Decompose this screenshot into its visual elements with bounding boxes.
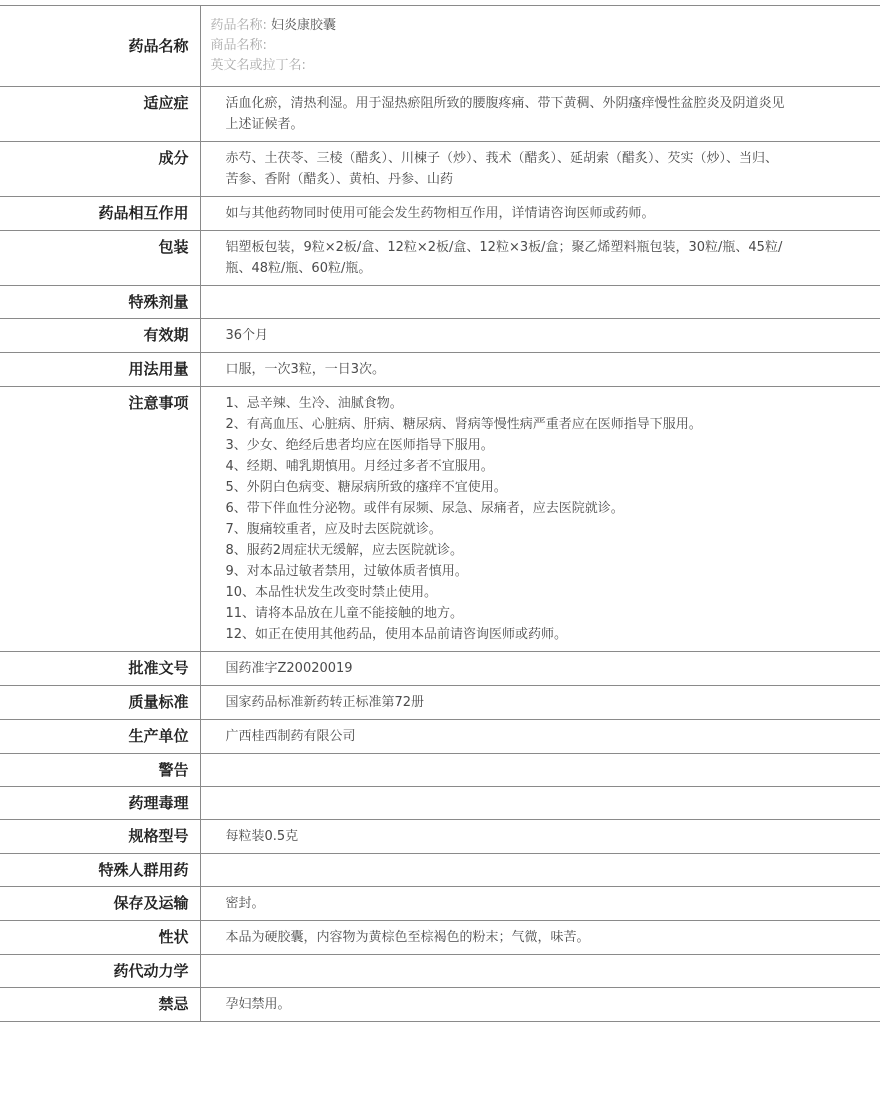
precaution-item: 8、服药2周症状无缓解，应去医院就诊。 [226, 540, 791, 561]
value-indications: 活血化瘀，清热利湿。用于湿热瘀阻所致的腰腹疼痛、带下黄稠、外阴瘙痒慢性盆腔炎及阴… [200, 87, 880, 142]
value-specification: 每粒装0.5克 [200, 820, 880, 854]
label-special-populations: 特殊人群用药 [0, 854, 200, 887]
label-special-dosage: 特殊剂量 [0, 286, 200, 319]
value-ingredients: 赤芍、土茯苓、三棱（醋炙）、川楝子（炒）、莪术（醋炙）、延胡索（醋炙）、芡实（炒… [200, 142, 880, 197]
label-pharmacology: 药理毒理 [0, 787, 200, 820]
generic-name-value: 妇炎康胶囊 [271, 18, 336, 33]
row-manufacturer: 生产单位 广西桂西制药有限公司 [0, 720, 880, 754]
value-description: 本品为硬胶囊，内容物为黄棕色至棕褐色的粉末；气微，味苦。 [200, 921, 880, 955]
label-quality-standard: 质量标准 [0, 686, 200, 720]
row-usage: 用法用量 口服，一次3粒，一日3次。 [0, 353, 880, 387]
label-approval-number: 批准文号 [0, 652, 200, 686]
value-approval-number: 国药准字Z20020019 [200, 652, 880, 686]
row-special-populations: 特殊人群用药 [0, 854, 880, 887]
row-approval-number: 批准文号 国药准字Z20020019 [0, 652, 880, 686]
row-special-dosage: 特殊剂量 [0, 286, 880, 319]
value-packaging: 铝塑板包装，9粒×2板/盒、12粒×2板/盒、12粒×3板/盒；聚乙烯塑料瓶包装… [200, 231, 880, 286]
label-ingredients: 成分 [0, 142, 200, 197]
value-pharmacology [200, 787, 880, 820]
precaution-item: 10、本品性状发生改变时禁止使用。 [226, 582, 791, 603]
label-indications: 适应症 [0, 87, 200, 142]
row-specification: 规格型号 每粒装0.5克 [0, 820, 880, 854]
row-drug-name: 药品名称 药品名称: 妇炎康胶囊 商品名称: 英文名或拉丁名: [0, 6, 880, 87]
label-usage: 用法用量 [0, 353, 200, 387]
row-packaging: 包装 铝塑板包装，9粒×2板/盒、12粒×2板/盒、12粒×3板/盒；聚乙烯塑料… [0, 231, 880, 286]
label-storage: 保存及运输 [0, 887, 200, 921]
precaution-item: 3、少女、绝经后患者均应在医师指导下服用。 [226, 435, 791, 456]
label-pharmacokinetics: 药代动力学 [0, 955, 200, 988]
row-pharmacokinetics: 药代动力学 [0, 955, 880, 988]
value-precautions: 1、忌辛辣、生冷、油腻食物。 2、有高血压、心脏病、肝病、糖尿病、肾病等慢性病严… [200, 387, 880, 652]
english-name-line: 英文名或拉丁名: [211, 56, 791, 76]
row-description: 性状 本品为硬胶囊，内容物为黄棕色至棕褐色的粉末；气微，味苦。 [0, 921, 880, 955]
precaution-item: 6、带下伴血性分泌物。或伴有尿频、尿急、尿痛者，应去医院就诊。 [226, 498, 791, 519]
english-name-label: 英文名或拉丁名: [211, 58, 306, 73]
value-quality-standard: 国家药品标准新药转正标准第72册 [200, 686, 880, 720]
label-packaging: 包装 [0, 231, 200, 286]
value-warning [200, 754, 880, 787]
value-contraindications: 孕妇禁用。 [200, 988, 880, 1022]
row-ingredients: 成分 赤芍、土茯苓、三棱（醋炙）、川楝子（炒）、莪术（醋炙）、延胡索（醋炙）、芡… [0, 142, 880, 197]
generic-name-label: 药品名称: [211, 18, 267, 33]
label-contraindications: 禁忌 [0, 988, 200, 1022]
value-special-dosage [200, 286, 880, 319]
precaution-item: 5、外阴白色病变、糖尿病所致的瘙痒不宜使用。 [226, 477, 791, 498]
precaution-item: 11、请将本品放在儿童不能接触的地方。 [226, 603, 791, 624]
row-warning: 警告 [0, 754, 880, 787]
row-interactions: 药品相互作用 如与其他药物同时使用可能会发生药物相互作用，详情请咨询医师或药师。 [0, 197, 880, 231]
trade-name-label: 商品名称: [211, 38, 267, 53]
precaution-item: 4、经期、哺乳期慎用。月经过多者不宜服用。 [226, 456, 791, 477]
value-shelf-life: 36个月 [200, 319, 880, 353]
precaution-item: 1、忌辛辣、生冷、油腻食物。 [226, 393, 791, 414]
row-storage: 保存及运输 密封。 [0, 887, 880, 921]
row-indications: 适应症 活血化瘀，清热利湿。用于湿热瘀阻所致的腰腹疼痛、带下黄稠、外阴瘙痒慢性盆… [0, 87, 880, 142]
label-description: 性状 [0, 921, 200, 955]
row-shelf-life: 有效期 36个月 [0, 319, 880, 353]
drug-info-table: 药品名称 药品名称: 妇炎康胶囊 商品名称: 英文名或拉丁名: 适应症 活血化瘀… [0, 5, 880, 1022]
row-contraindications: 禁忌 孕妇禁用。 [0, 988, 880, 1022]
label-precautions: 注意事项 [0, 387, 200, 652]
label-specification: 规格型号 [0, 820, 200, 854]
label-drug-name: 药品名称 [0, 6, 200, 87]
precaution-item: 7、腹痛较重者，应及时去医院就诊。 [226, 519, 791, 540]
value-usage: 口服，一次3粒，一日3次。 [200, 353, 880, 387]
label-warning: 警告 [0, 754, 200, 787]
value-drug-names: 药品名称: 妇炎康胶囊 商品名称: 英文名或拉丁名: [200, 6, 880, 87]
precaution-item: 12、如正在使用其他药品，使用本品前请咨询医师或药师。 [226, 624, 791, 645]
row-quality-standard: 质量标准 国家药品标准新药转正标准第72册 [0, 686, 880, 720]
value-pharmacokinetics [200, 955, 880, 988]
generic-name-line: 药品名称: 妇炎康胶囊 [211, 16, 791, 36]
precaution-item: 2、有高血压、心脏病、肝病、糖尿病、肾病等慢性病严重者应在医师指导下服用。 [226, 414, 791, 435]
precaution-item: 9、对本品过敏者禁用，过敏体质者慎用。 [226, 561, 791, 582]
row-pharmacology: 药理毒理 [0, 787, 880, 820]
value-storage: 密封。 [200, 887, 880, 921]
value-manufacturer: 广西桂西制药有限公司 [200, 720, 880, 754]
value-interactions: 如与其他药物同时使用可能会发生药物相互作用，详情请咨询医师或药师。 [200, 197, 880, 231]
row-precautions: 注意事项 1、忌辛辣、生冷、油腻食物。 2、有高血压、心脏病、肝病、糖尿病、肾病… [0, 387, 880, 652]
trade-name-line: 商品名称: [211, 36, 791, 56]
label-interactions: 药品相互作用 [0, 197, 200, 231]
label-shelf-life: 有效期 [0, 319, 200, 353]
label-manufacturer: 生产单位 [0, 720, 200, 754]
value-special-populations [200, 854, 880, 887]
